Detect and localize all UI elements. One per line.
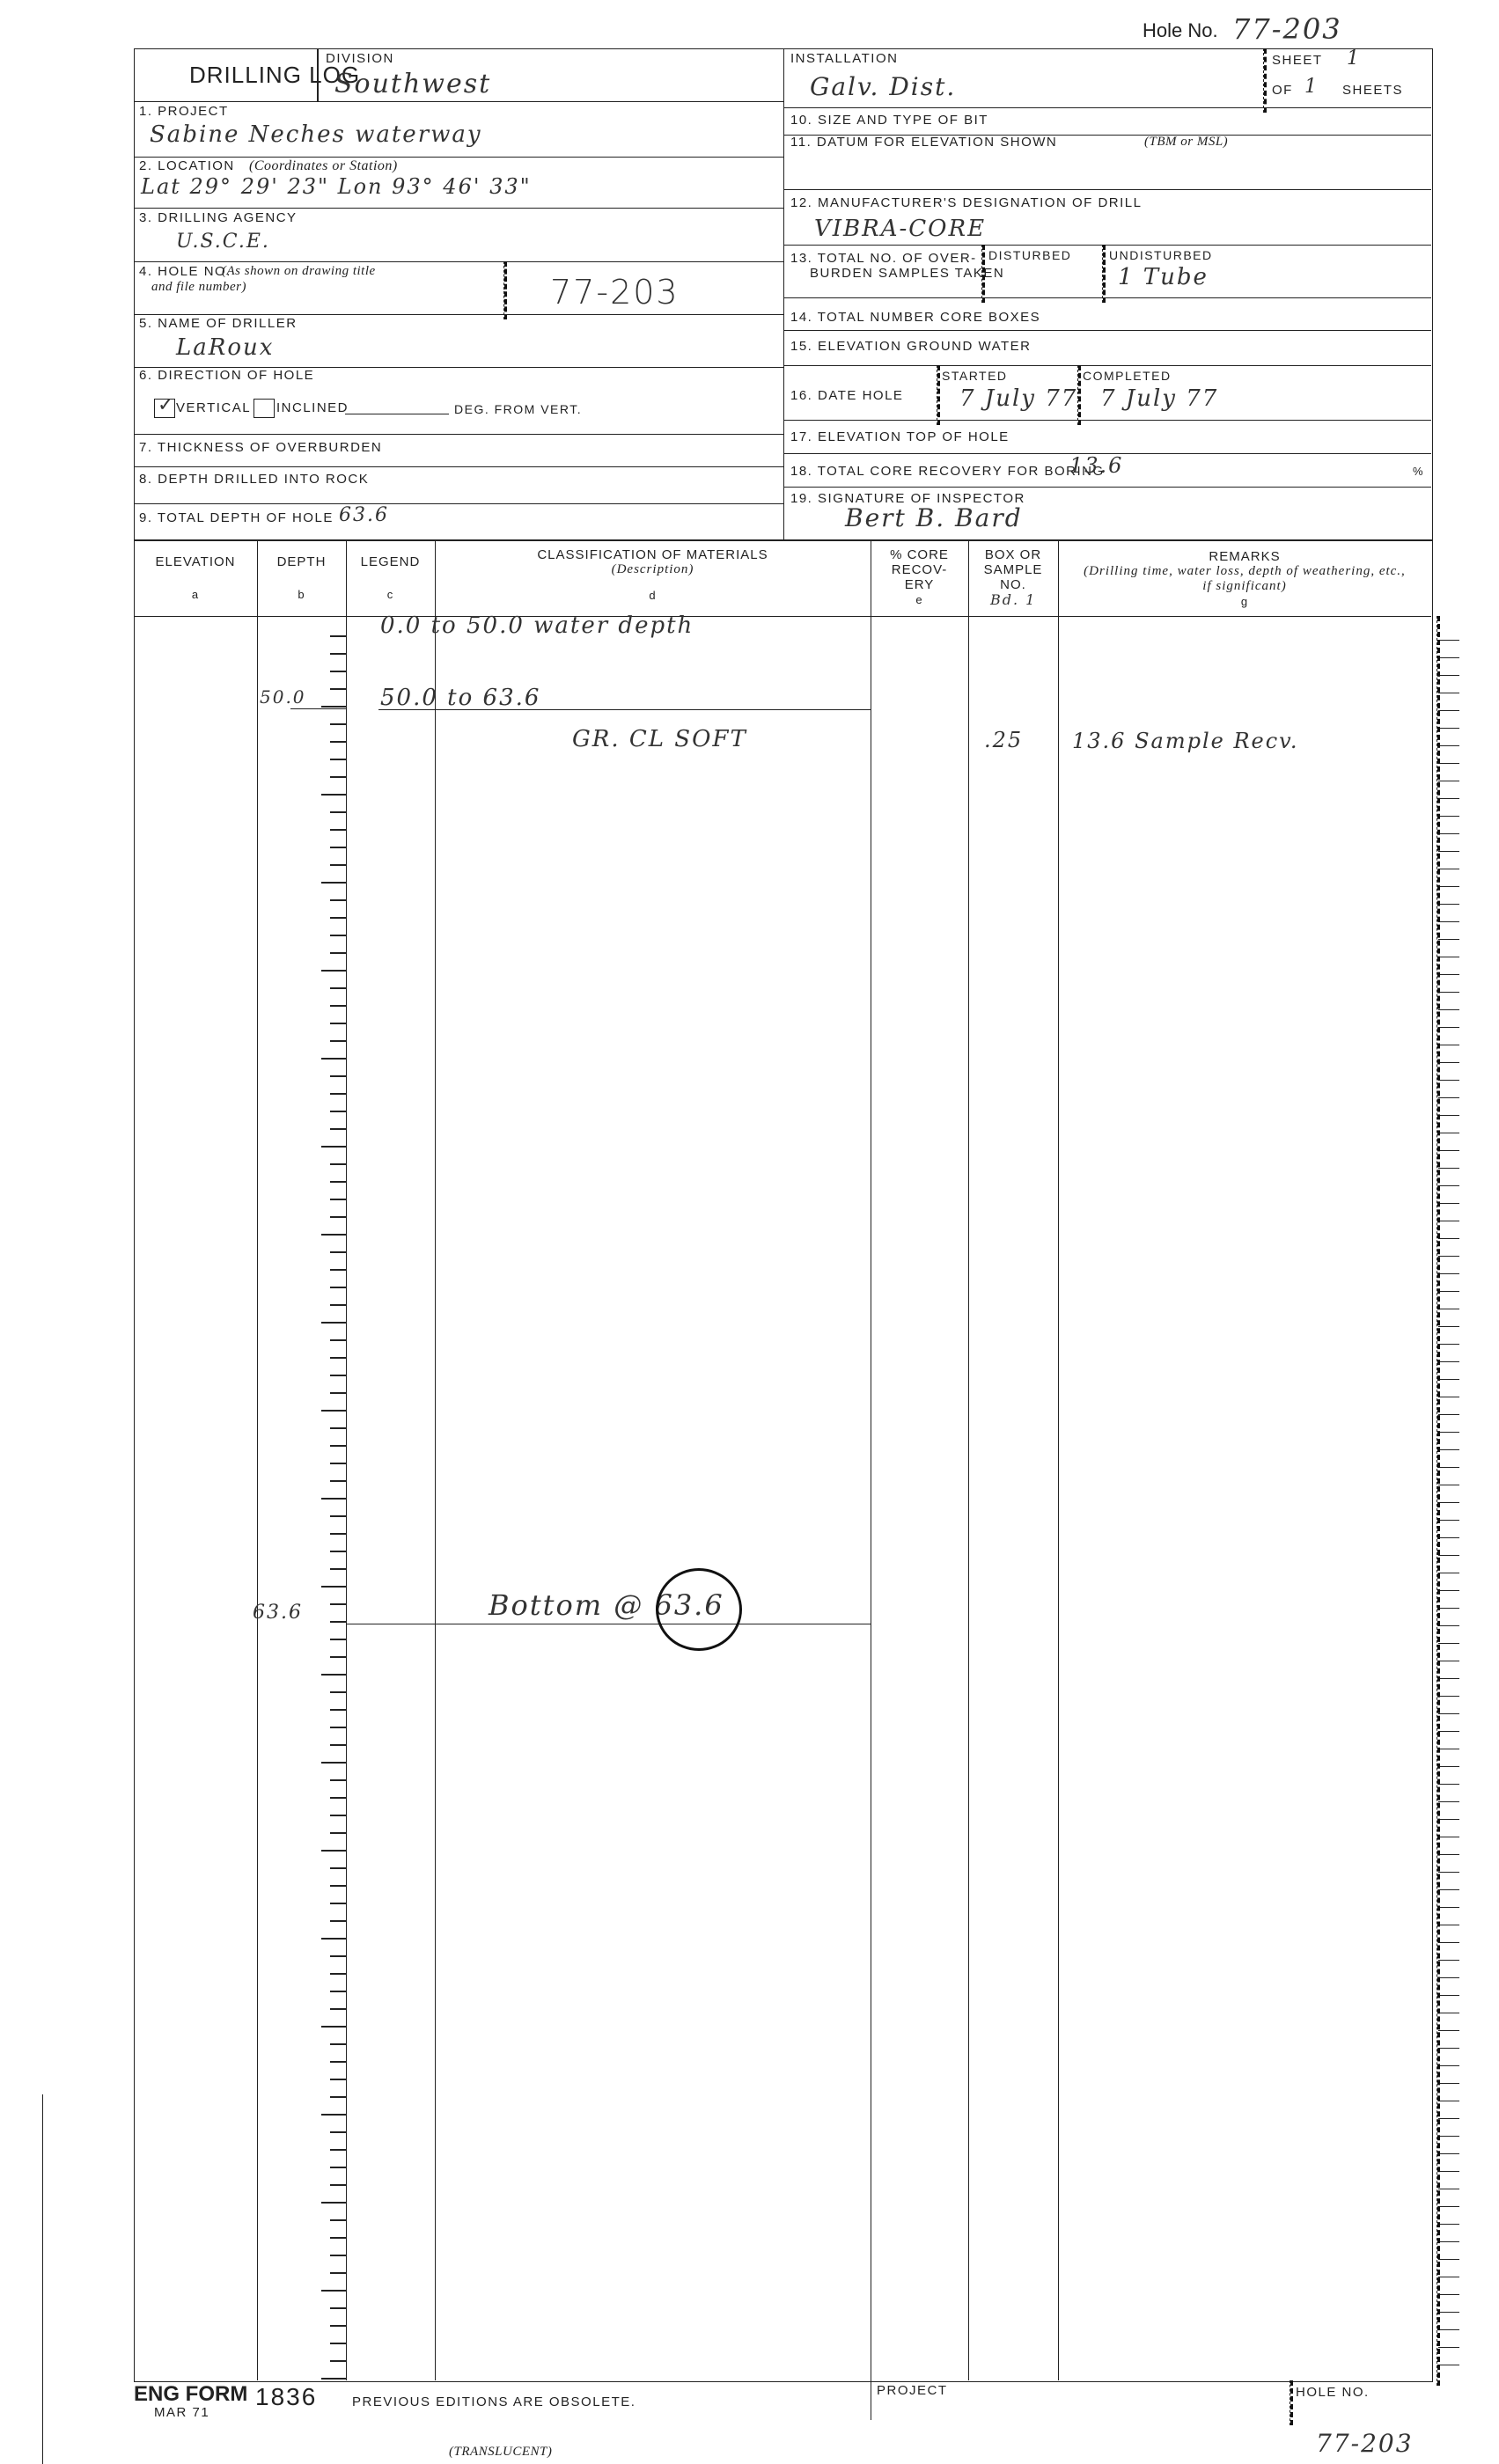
margin-tick — [1438, 781, 1459, 781]
margin-tick — [1438, 2189, 1459, 2189]
samples-label-2: BURDEN SAMPLES TAKEN — [810, 266, 1004, 281]
header-center-divider — [783, 48, 784, 539]
depth-tick — [330, 1533, 346, 1535]
depth-tick — [330, 1903, 346, 1904]
margin-tick — [1438, 1942, 1459, 1943]
depth-tick — [330, 2167, 346, 2168]
depth-tick — [330, 1463, 346, 1464]
depth-tick — [330, 723, 346, 725]
check-icon: ✓ — [158, 394, 173, 416]
depth-tick — [330, 2061, 346, 2063]
depth-tick — [330, 1304, 346, 1306]
depth-tick — [330, 1955, 346, 1957]
depth-tick — [321, 1146, 346, 1148]
layer-boundary-depth — [290, 708, 346, 709]
disturbed-divider — [981, 245, 985, 303]
col-title: DEPTH — [257, 554, 346, 569]
installation-value[interactable]: Galv. Dist. — [810, 72, 956, 101]
depth-tick — [330, 2343, 346, 2344]
depth-tick — [330, 671, 346, 672]
col-title: % CORE RECOV-ERY — [885, 547, 955, 592]
margin-tick — [1438, 1537, 1459, 1538]
margin-tick — [1438, 2118, 1459, 2119]
depth-tick — [321, 1586, 346, 1588]
undisturbed-value[interactable]: 1 Tube — [1118, 264, 1209, 290]
row-line — [783, 330, 1431, 331]
page-margin-line — [42, 2094, 43, 2464]
sheet-label: SHEET — [1272, 53, 1323, 68]
depth-tick — [330, 2096, 346, 2098]
margin-tick — [1438, 640, 1459, 641]
margin-tick — [1438, 1625, 1459, 1626]
undisturbed-divider — [1102, 245, 1106, 303]
col-title: ELEVATION — [134, 554, 257, 569]
depth-tick — [321, 706, 346, 708]
col-header-remarks: REMARKS (Drilling time, water loss, dept… — [1058, 549, 1431, 609]
margin-tick — [1438, 2294, 1459, 2295]
depth-tick — [321, 2378, 346, 2380]
margin-tick — [1438, 1749, 1459, 1749]
depth-tick — [330, 1991, 346, 1992]
row-line — [783, 297, 1431, 298]
margin-tick — [1438, 1361, 1459, 1362]
margin-tick — [1438, 869, 1459, 869]
depth-tick — [330, 2219, 346, 2221]
row-line — [134, 101, 783, 102]
depth-tick — [330, 1251, 346, 1253]
drill-label: 12. MANUFACTURER'S DESIGNATION OF DRILL — [790, 195, 1142, 210]
margin-tick — [1438, 1467, 1459, 1468]
depth-tick — [330, 1357, 346, 1359]
margin-tick — [1438, 1960, 1459, 1961]
col-subtitle: (Description) — [435, 562, 871, 577]
margin-tick — [1438, 2013, 1459, 2013]
margin-tick — [1438, 745, 1459, 746]
margin-tick — [1438, 1819, 1459, 1820]
entry-description: 0.0 to 50.0 water depth — [380, 612, 694, 639]
margin-tick — [1438, 763, 1459, 764]
margin-tick — [1438, 2312, 1459, 2313]
inspector-signature[interactable]: Bert B. Bard — [845, 503, 1023, 532]
depth-tick — [330, 1744, 346, 1746]
sheets-label: SHEETS — [1342, 83, 1403, 98]
depth-tick — [330, 1023, 346, 1024]
margin-tick — [1438, 675, 1459, 676]
row-line — [783, 245, 1431, 246]
project-label: 1. PROJECT — [139, 104, 229, 119]
depth-tick — [321, 1410, 346, 1412]
vertical-label: VERTICAL — [176, 400, 251, 415]
inclined-degree-input[interactable] — [345, 414, 449, 414]
depth-tick — [330, 1603, 346, 1605]
margin-tick — [1438, 886, 1459, 887]
log-table-frame — [134, 539, 1433, 2382]
margin-tick — [1438, 2030, 1459, 2031]
depth-tick — [330, 1287, 346, 1288]
drill-value[interactable]: VIBRA-CORE — [814, 216, 986, 242]
margin-tick — [1438, 1555, 1459, 1556]
margin-tick — [1438, 2065, 1459, 2066]
deg-label: DEG. FROM VERT. — [454, 402, 582, 416]
margin-tick — [1438, 1097, 1459, 1098]
margin-tick — [1438, 851, 1459, 852]
top-elev-label: 17. ELEVATION TOP OF HOLE — [790, 429, 1010, 444]
depth-tick — [321, 1674, 346, 1676]
depth-tick — [330, 653, 346, 655]
depth-tick — [330, 1128, 346, 1130]
margin-tick — [1438, 833, 1459, 834]
hole-no-label-note2: and file number) — [151, 280, 246, 295]
margin-tick — [1438, 1326, 1459, 1327]
depth-tick — [321, 1058, 346, 1060]
bottom-line — [346, 1624, 871, 1624]
depth-tick — [330, 741, 346, 743]
margin-tick — [1438, 1590, 1459, 1591]
margin-tick — [1438, 1309, 1459, 1309]
depth-tick — [330, 1639, 346, 1640]
division-value[interactable]: Southwest — [334, 69, 491, 99]
date-label: 16. DATE HOLE — [790, 388, 903, 403]
entry-remarks: 13.6 Sample Recv. — [1072, 729, 1299, 753]
margin-tick — [1438, 1432, 1459, 1433]
depth-tick — [330, 688, 346, 690]
rock-label: 8. DEPTH DRILLED INTO ROCK — [139, 472, 369, 487]
margin-tick — [1438, 2083, 1459, 2084]
margin-tick — [1438, 1608, 1459, 1609]
footer-form-date: MAR 71 — [154, 2405, 209, 2420]
started-value[interactable]: 7 July 77 — [959, 385, 1077, 412]
depth-tick — [330, 2272, 346, 2274]
division-label: DIVISION — [326, 51, 394, 66]
margin-tick — [1438, 2048, 1459, 2049]
circled-depth — [656, 1568, 742, 1651]
margin-tick — [1438, 1907, 1459, 1908]
depth-tick — [330, 1111, 346, 1112]
margin-scale-line — [1437, 616, 1440, 2386]
margin-tick — [1438, 2101, 1459, 2101]
margin-tick — [1438, 1766, 1459, 1767]
sheet-of-value[interactable]: 1 — [1304, 76, 1319, 98]
margin-tick — [1438, 2153, 1459, 2154]
depth-tick — [330, 847, 346, 848]
disturbed-label: DISTURBED — [988, 248, 1071, 262]
row-line — [783, 189, 1431, 190]
hole-no-top-label: Hole No. — [1143, 19, 1218, 42]
core-boxes-label: 14. TOTAL NUMBER CORE BOXES — [790, 310, 1040, 325]
depth-tick — [330, 1269, 346, 1271]
depth-tick — [330, 1656, 346, 1658]
depth-tick — [330, 2131, 346, 2133]
depth-tick — [330, 2079, 346, 2080]
col-divider-f — [1058, 539, 1059, 2380]
depth-tick — [330, 1709, 346, 1711]
margin-tick — [1438, 904, 1459, 905]
inclined-checkbox[interactable] — [254, 399, 275, 418]
installation-label: INSTALLATION — [790, 51, 898, 66]
depth-tick — [330, 1093, 346, 1095]
margin-tick — [1438, 1168, 1459, 1169]
margin-tick — [1438, 1379, 1459, 1380]
hole-no-divider — [503, 261, 507, 319]
margin-tick — [1438, 1045, 1459, 1045]
row-line — [134, 503, 783, 504]
depth-tick — [330, 2043, 346, 2045]
sheet-of-label: OF — [1272, 83, 1293, 98]
depth-tick — [321, 1850, 346, 1852]
margin-tick — [1438, 1696, 1459, 1697]
depth-tick — [330, 1815, 346, 1816]
inclined-label: INCLINED — [276, 400, 349, 415]
margin-tick — [1438, 1977, 1459, 1978]
margin-tick — [1438, 1256, 1459, 1257]
footer-translucent: (TRANSLUCENT) — [449, 2445, 552, 2460]
depth-tick — [330, 1621, 346, 1623]
margin-tick — [1438, 816, 1459, 817]
depth-tick — [330, 1375, 346, 1376]
driller-value[interactable]: LaRoux — [176, 334, 274, 361]
margin-tick — [1438, 1678, 1459, 1679]
margin-tick — [1438, 2259, 1459, 2260]
started-label: STARTED — [942, 369, 1008, 383]
margin-tick — [1438, 1185, 1459, 1186]
col-header-elevation: ELEVATION a — [134, 554, 257, 602]
completed-label: COMPLETED — [1083, 369, 1172, 383]
col-header-classification: CLASSIFICATION OF MATERIALS (Description… — [435, 547, 871, 603]
depth-tick — [321, 2290, 346, 2292]
depth-tick — [330, 635, 346, 637]
depth-tick — [321, 1498, 346, 1500]
row-line — [134, 261, 783, 262]
depth-tick — [330, 2307, 346, 2309]
core-recovery-label: 18. TOTAL CORE RECOVERY FOR BORING — [790, 464, 1105, 479]
bit-label: 10. SIZE AND TYPE OF BIT — [790, 113, 988, 128]
datum-label: 11. DATUM FOR ELEVATION SHOWN — [790, 135, 1057, 150]
margin-tick — [1438, 657, 1459, 658]
direction-label: 6. DIRECTION OF HOLE — [139, 368, 314, 383]
depth-tick — [321, 1322, 346, 1324]
margin-tick — [1438, 1115, 1459, 1116]
depth-tick — [330, 2360, 346, 2362]
col-letter: d — [435, 588, 871, 603]
margin-tick — [1438, 1150, 1459, 1151]
depth-tick — [321, 1234, 346, 1236]
row-line — [134, 434, 783, 435]
depth-tick — [330, 1480, 346, 1482]
undisturbed-label: UNDISTURBED — [1109, 248, 1213, 262]
depth-tick — [330, 952, 346, 954]
col-title: CLASSIFICATION OF MATERIALS — [435, 547, 871, 562]
depth-tick — [330, 1040, 346, 1042]
sheet-divider — [1263, 48, 1267, 113]
depth-tick — [321, 1938, 346, 1940]
division-left-line — [318, 48, 319, 101]
depth-tick — [330, 2255, 346, 2256]
margin-tick — [1438, 710, 1459, 711]
depth-tick — [330, 2184, 346, 2186]
footer-hole-divider — [1290, 2380, 1293, 2425]
row-line — [134, 466, 783, 467]
margin-tick — [1438, 2347, 1459, 2348]
margin-tick — [1438, 1713, 1459, 1714]
started-divider — [937, 365, 940, 425]
row-line — [783, 107, 1431, 108]
col-divider-e — [968, 539, 969, 2380]
margin-tick — [1438, 1872, 1459, 1873]
sheet-value[interactable]: 1 — [1347, 48, 1361, 70]
depth-tick — [330, 1075, 346, 1077]
margin-tick — [1438, 693, 1459, 693]
overburden-label: 7. THICKNESS OF OVERBURDEN — [139, 440, 382, 455]
project-value[interactable]: Sabine Neches waterway — [150, 121, 482, 148]
entry-description: GR. CL SOFT — [572, 726, 747, 752]
depth-tick — [330, 829, 346, 831]
row-line — [783, 487, 1431, 488]
total-depth-value[interactable]: 63.6 — [339, 504, 389, 526]
depth-tick — [330, 899, 346, 901]
depth-tick — [330, 776, 346, 778]
core-recovery-unit: % — [1413, 465, 1424, 478]
margin-tick — [1438, 1837, 1459, 1837]
depth-tick — [330, 1727, 346, 1728]
margin-tick — [1438, 992, 1459, 993]
margin-tick — [1438, 1080, 1459, 1081]
col-letter: a — [134, 587, 257, 602]
depth-tick — [330, 1867, 346, 1869]
margin-tick — [1438, 1661, 1459, 1661]
row-line — [783, 420, 1431, 421]
depth-tick — [330, 1199, 346, 1200]
depth-tick — [330, 1181, 346, 1183]
margin-tick — [1438, 2329, 1459, 2330]
depth-tick — [330, 1163, 346, 1165]
depth-tick — [330, 1779, 346, 1781]
vertical-checkbox[interactable]: ✓ — [154, 399, 175, 418]
margin-tick — [1438, 1414, 1459, 1415]
col-header-depth: DEPTH b — [257, 554, 346, 602]
depth-tick — [330, 1551, 346, 1552]
margin-tick — [1438, 2224, 1459, 2225]
margin-tick — [1438, 1502, 1459, 1503]
row-line — [134, 314, 783, 315]
margin-tick — [1438, 2136, 1459, 2137]
hole-no-label: 4. HOLE NO. — [139, 264, 231, 279]
col-divider-b — [346, 539, 347, 2380]
footer-project-label: PROJECT — [877, 2383, 948, 2398]
margin-tick — [1438, 1643, 1459, 1644]
agency-label: 3. DRILLING AGENCY — [139, 210, 298, 225]
depth-tick — [330, 2008, 346, 2010]
depth-tick — [330, 987, 346, 989]
depth-tick — [330, 1691, 346, 1693]
hole-no-value[interactable]: 77-203 — [550, 273, 680, 312]
margin-tick — [1438, 1731, 1459, 1732]
depth-tick — [321, 970, 346, 972]
margin-tick — [1438, 2277, 1459, 2277]
depth-tick — [330, 1973, 346, 1975]
footer-hole-value: 77-203 — [1316, 2429, 1414, 2458]
depth-tick — [330, 864, 346, 866]
depth-tick — [330, 811, 346, 813]
agency-value[interactable]: U.S.C.E. — [176, 231, 270, 253]
row-line — [783, 365, 1431, 366]
completed-value[interactable]: 7 July 77 — [1100, 385, 1218, 412]
margin-tick — [1438, 957, 1459, 957]
col-letter: b — [257, 587, 346, 602]
margin-tick — [1438, 1449, 1459, 1450]
margin-tick — [1438, 1273, 1459, 1274]
depth-tick — [330, 1920, 346, 1922]
margin-tick — [1438, 1801, 1459, 1802]
margin-tick — [1438, 1485, 1459, 1485]
samples-label: 13. TOTAL NO. OF OVER- — [790, 251, 977, 266]
entry-depth-label: 63.6 — [253, 1602, 303, 1624]
depth-tick — [330, 1832, 346, 1834]
row-line — [134, 208, 783, 209]
location-value[interactable]: Lat 29° 29' 23" Lon 93° 46' 33" — [141, 174, 532, 199]
location-label-note: (Coordinates or Station) — [249, 158, 398, 174]
margin-tick — [1438, 1291, 1459, 1292]
margin-tick — [1438, 2365, 1459, 2365]
depth-tick — [330, 1427, 346, 1429]
col-header-core-recovery: % CORE RECOV-ERY e — [871, 547, 968, 607]
depth-tick — [330, 2149, 346, 2151]
depth-tick — [330, 1339, 346, 1341]
core-recovery-value[interactable]: 13.6 — [1069, 453, 1123, 478]
col-letter: c — [346, 587, 435, 602]
depth-tick — [330, 1445, 346, 1447]
margin-tick — [1438, 1520, 1459, 1521]
entry-description: 50.0 to 63.6 — [380, 685, 540, 711]
col-header-sample-no: BOX OR SAMPLE NO. — [968, 547, 1058, 592]
footer-project-divider — [871, 2380, 871, 2420]
margin-tick — [1438, 1344, 1459, 1345]
footer-form-no: ENG FORM — [134, 2382, 247, 2407]
col-divider-d — [871, 539, 871, 2380]
depth-tick — [330, 1885, 346, 1887]
margin-tick — [1438, 2241, 1459, 2242]
margin-tick — [1438, 1133, 1459, 1133]
col-title: LEGEND — [346, 554, 435, 569]
depth-tick — [330, 917, 346, 919]
depth-tick — [330, 1216, 346, 1218]
margin-tick — [1438, 1203, 1459, 1204]
footer-form-num: 1836 — [255, 2383, 317, 2411]
margin-tick — [1438, 798, 1459, 799]
depth-tick — [330, 1515, 346, 1517]
entry-depth-label: 50.0 — [260, 686, 306, 708]
total-depth-label: 9. TOTAL DEPTH OF HOLE — [139, 510, 334, 525]
column-header-bottom — [134, 616, 1431, 617]
depth-tick — [330, 1797, 346, 1799]
depth-tick — [321, 794, 346, 796]
margin-tick — [1438, 2206, 1459, 2207]
margin-tick — [1438, 921, 1459, 922]
col-letter: e — [871, 592, 968, 607]
hole-no-label-note: (As shown on drawing title — [222, 264, 376, 279]
depth-tick — [330, 2237, 346, 2239]
col-title: BOX OR SAMPLE NO. — [978, 547, 1048, 592]
depth-tick — [330, 1392, 346, 1394]
depth-tick — [330, 935, 346, 936]
margin-tick — [1438, 1009, 1459, 1010]
depth-tick — [330, 1568, 346, 1570]
datum-label-note: (TBM or MSL) — [1144, 135, 1228, 150]
margin-tick — [1438, 1784, 1459, 1785]
footer-notice: PREVIOUS EDITIONS ARE OBSOLETE. — [352, 2394, 636, 2409]
margin-tick — [1438, 1221, 1459, 1221]
entry-sample-no: .25 — [984, 728, 1023, 752]
hole-no-top-value: 77-203 — [1232, 12, 1342, 46]
